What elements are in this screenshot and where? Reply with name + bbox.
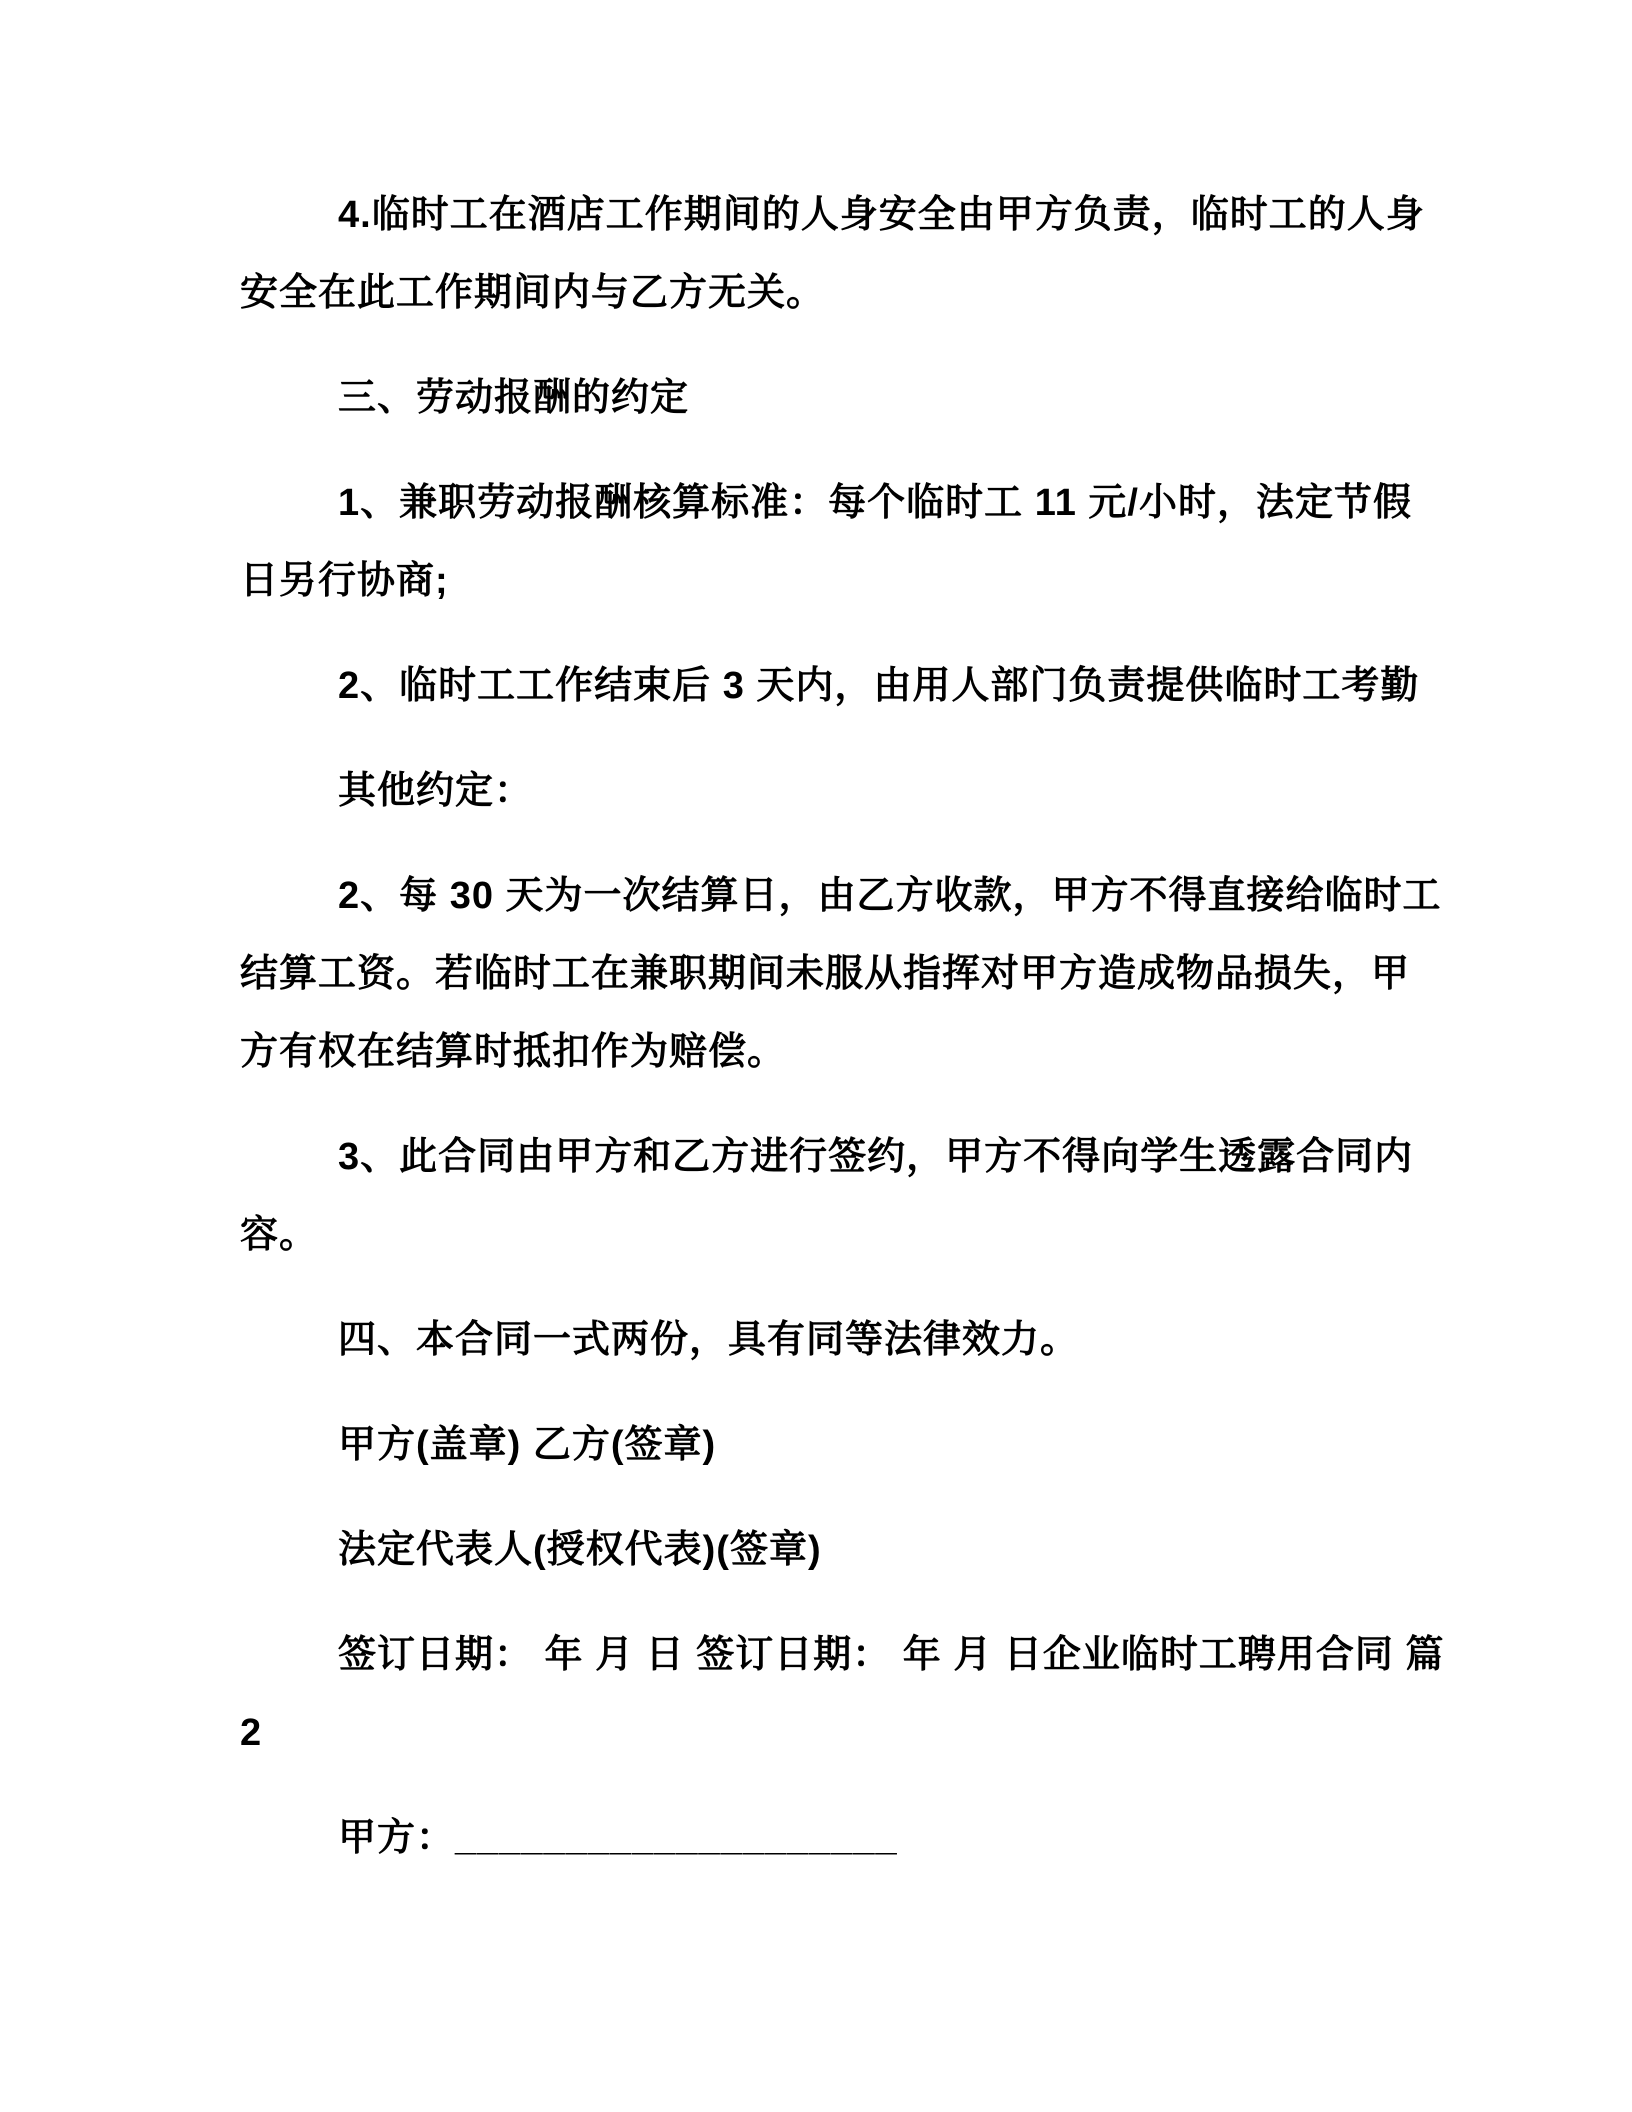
document-line: 日另行协商; [240, 542, 1394, 620]
document-line: 2 [240, 1694, 1394, 1772]
document-line: 甲方(盖章) 乙方(签章) [240, 1406, 1394, 1484]
document-line: 方有权在结算时抵扣作为赔偿。 [240, 1013, 1394, 1091]
paragraph-signing-date: 签订日期： 年 月 日 签订日期： 年 月 日企业临时工聘用合同 篇 2 [240, 1616, 1394, 1772]
document-line: 3、此合同由甲方和乙方进行签约，甲方不得向学生透露合同内 [240, 1118, 1394, 1196]
document-line: 安全在此工作期间内与乙方无关。 [240, 254, 1394, 332]
paragraph-legal-representative: 法定代表人(授权代表)(签章) [240, 1511, 1394, 1589]
document-line: 签订日期： 年 月 日 签订日期： 年 月 日企业临时工聘用合同 篇 [240, 1616, 1394, 1694]
contract-document-page: 4.临时工在酒店工作期间的人身安全由甲方负责，临时工的人身 安全在此工作期间内与… [0, 0, 1632, 2112]
document-line: 甲方：____________________ [240, 1799, 1394, 1877]
paragraph-duplicate-copies: 四、本合同一式两份，具有同等法律效力。 [240, 1301, 1394, 1379]
paragraph-section-heading-remuneration: 三、劳动报酬的约定 [240, 359, 1394, 437]
paragraph-pay-standard: 1、兼职劳动报酬核算标准：每个临时工 11 元/小时，法定节假 日另行协商; [240, 464, 1394, 620]
document-line: 其他约定： [240, 752, 1394, 830]
document-line: 容。 [240, 1196, 1394, 1274]
paragraph-settlement: 2、每 30 天为一次结算日，由乙方收款，甲方不得直接给临时工 结算工资。若临时… [240, 857, 1394, 1091]
section-heading: 三、劳动报酬的约定 [240, 359, 1394, 437]
paragraph-other-agreements-label: 其他约定： [240, 752, 1394, 830]
document-line: 2、临时工工作结束后 3 天内，由用人部门负责提供临时工考勤 [240, 647, 1394, 725]
document-line: 四、本合同一式两份，具有同等法律效力。 [240, 1301, 1394, 1379]
paragraph-confidentiality: 3、此合同由甲方和乙方进行签约，甲方不得向学生透露合同内 容。 [240, 1118, 1394, 1274]
paragraph-signature-parties: 甲方(盖章) 乙方(签章) [240, 1406, 1394, 1484]
paragraph-worker-safety: 4.临时工在酒店工作期间的人身安全由甲方负责，临时工的人身 安全在此工作期间内与… [240, 176, 1394, 332]
document-line: 结算工资。若临时工在兼职期间未服从指挥对甲方造成物品损失，甲 [240, 935, 1394, 1013]
document-line: 2、每 30 天为一次结算日，由乙方收款，甲方不得直接给临时工 [240, 857, 1394, 935]
paragraph-attendance: 2、临时工工作结束后 3 天内，由用人部门负责提供临时工考勤 [240, 647, 1394, 725]
document-line: 1、兼职劳动报酬核算标准：每个临时工 11 元/小时，法定节假 [240, 464, 1394, 542]
document-line: 4.临时工在酒店工作期间的人身安全由甲方负责，临时工的人身 [240, 176, 1394, 254]
paragraph-party-a-blank: 甲方：____________________ [240, 1799, 1394, 1877]
document-line: 法定代表人(授权代表)(签章) [240, 1511, 1394, 1589]
